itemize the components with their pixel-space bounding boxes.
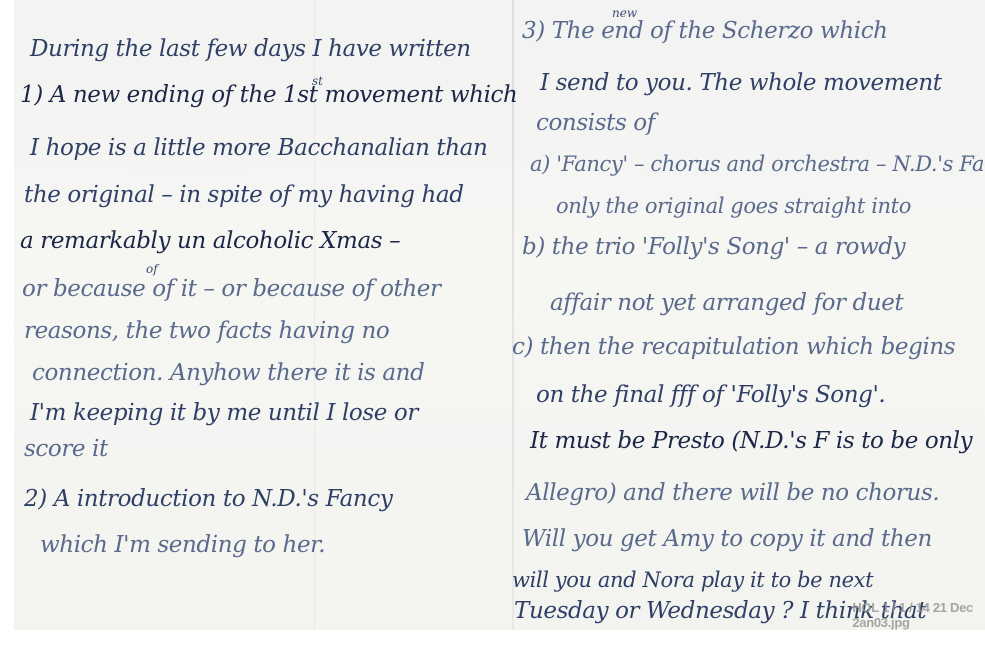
handwritten-line: 1) A new ending of the 1st movement whic… bbox=[20, 82, 517, 108]
handwritten-line: affair not yet arranged for duet bbox=[550, 290, 903, 316]
superscript-st: st bbox=[312, 74, 323, 88]
watermark-line-2: 2an03.jpg bbox=[852, 615, 973, 630]
handwritten-line: 2) A introduction to N.D.'s Fancy bbox=[24, 486, 392, 512]
handwritten-line: During the last few days I have written bbox=[30, 36, 471, 62]
handwritten-line: a) 'Fancy' – chorus and orchestra – N.D.… bbox=[530, 152, 985, 176]
handwritten-line: score it bbox=[24, 436, 108, 462]
handwritten-line: consists of bbox=[536, 110, 655, 136]
handwritten-line: reasons, the two facts having no bbox=[24, 318, 389, 344]
handwritten-line: on the final fff of 'Folly's Song'. bbox=[536, 382, 885, 408]
handwritten-line: Will you get Amy to copy it and then bbox=[522, 526, 932, 552]
handwritten-line: connection. Anyhow there it is and bbox=[32, 360, 424, 386]
watermark-line-1: HOL 1 / 1 / 14 21 Dec bbox=[852, 600, 973, 615]
handwritten-line: Allegro) and there will be no chorus. bbox=[526, 480, 939, 506]
handwritten-line: which I'm sending to her. bbox=[40, 532, 325, 558]
insert-of: of bbox=[146, 262, 158, 276]
handwritten-line: I send to you. The whole movement bbox=[540, 70, 942, 96]
handwritten-line: or because of it – or because of other bbox=[22, 276, 441, 302]
handwritten-line: It must be Presto (N.D.'s F is to be onl… bbox=[530, 428, 972, 454]
handwritten-line: I hope is a little more Bacchanalian tha… bbox=[30, 135, 487, 161]
right-page: new 3) The end of the Scherzo which I se… bbox=[500, 0, 985, 630]
left-page: During the last few days I have written … bbox=[0, 0, 500, 630]
handwritten-line: b) the trio 'Folly's Song' – a rowdy bbox=[522, 234, 905, 260]
handwritten-line: a remarkably un alcoholic Xmas – bbox=[20, 228, 400, 254]
handwritten-line: the original – in spite of my having had bbox=[24, 182, 464, 208]
handwritten-line: 3) The end of the Scherzo which bbox=[522, 18, 888, 44]
handwritten-line: I'm keeping it by me until I lose or bbox=[30, 400, 418, 426]
filename-watermark: HOL 1 / 1 / 14 21 Dec 2an03.jpg bbox=[852, 600, 973, 630]
handwritten-line: will you and Nora play it to be next bbox=[512, 568, 873, 592]
handwritten-line: c) then the recapitulation which begins bbox=[512, 334, 955, 360]
handwritten-line: only the original goes straight into bbox=[556, 194, 911, 218]
